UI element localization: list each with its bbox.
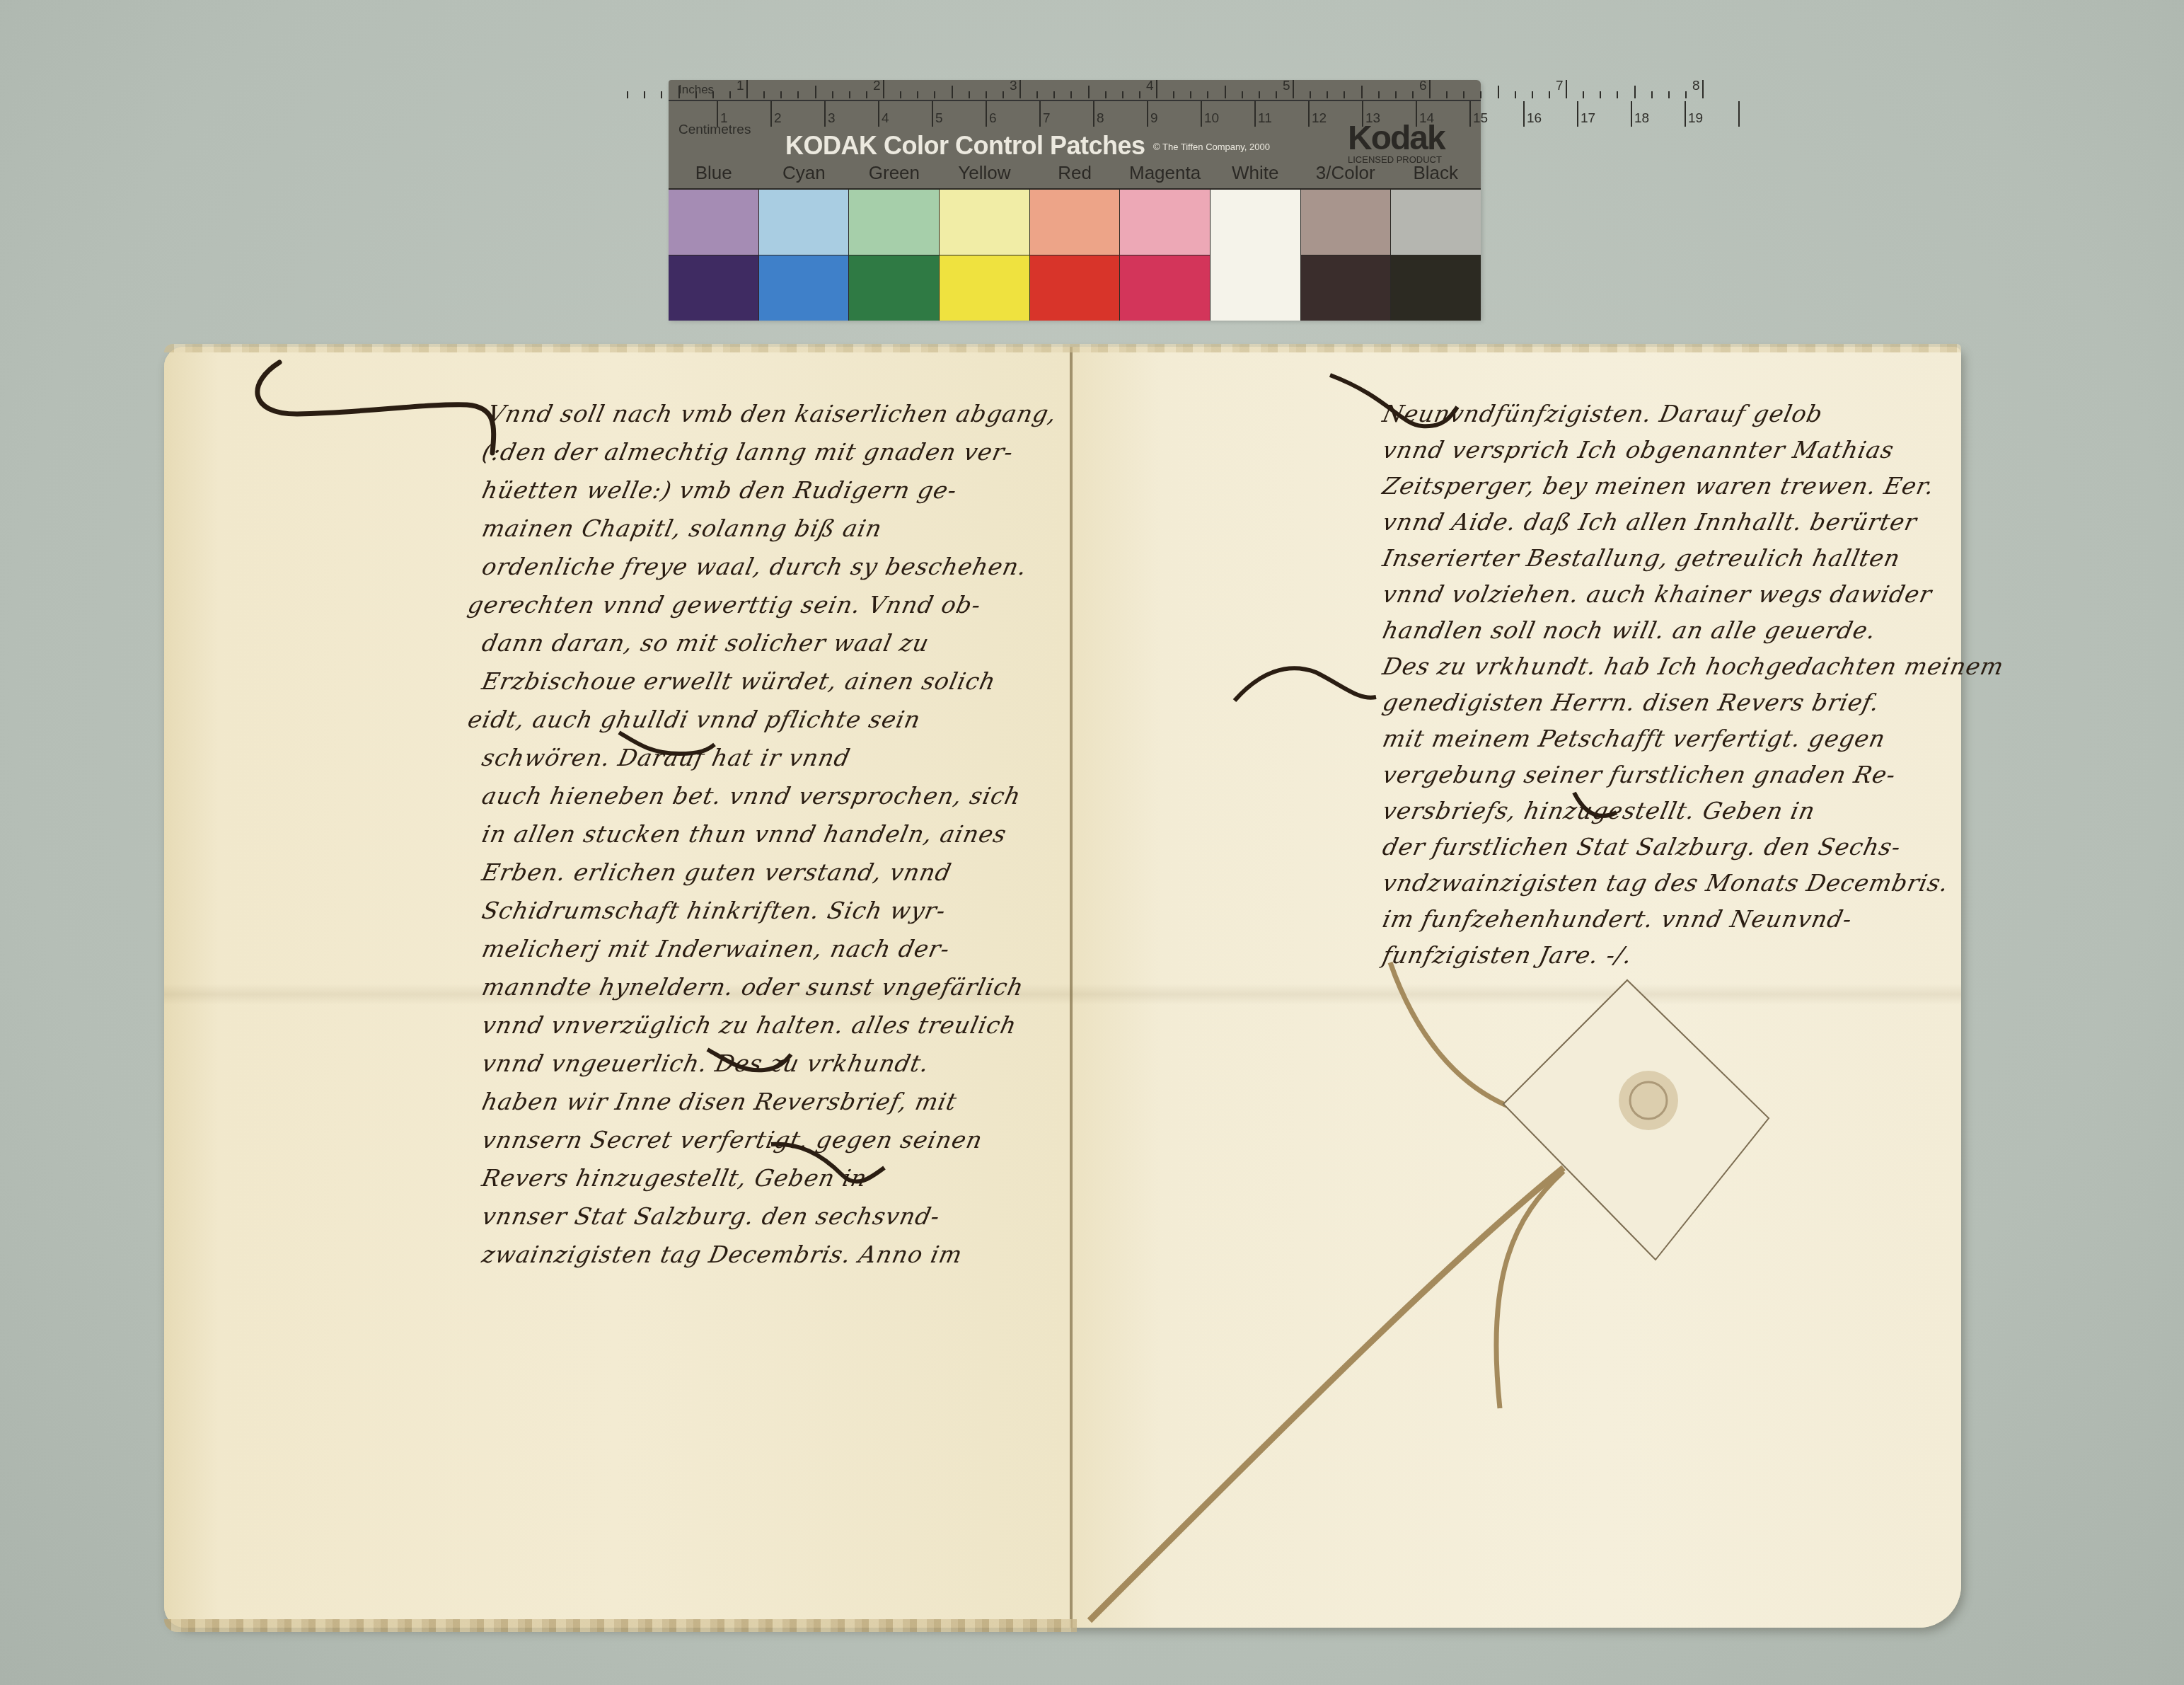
seal-string-icon (1390, 962, 1521, 1111)
wax-seal-impression-icon (1619, 1071, 1678, 1130)
paragraph-flourish-icon (1574, 793, 1617, 816)
opening-flourish-icon (258, 362, 494, 453)
seal-string-icon (1090, 1168, 1564, 1621)
paragraph-flourish-icon (1330, 375, 1457, 426)
flourishes-and-seal-layer (0, 0, 2184, 1685)
paragraph-flourish-icon (1235, 668, 1376, 701)
paragraph-flourish-icon (771, 1144, 884, 1182)
seal-string-icon (1496, 1171, 1564, 1408)
paragraph-flourish-icon (707, 1049, 791, 1070)
paragraph-flourish-icon (619, 732, 715, 754)
